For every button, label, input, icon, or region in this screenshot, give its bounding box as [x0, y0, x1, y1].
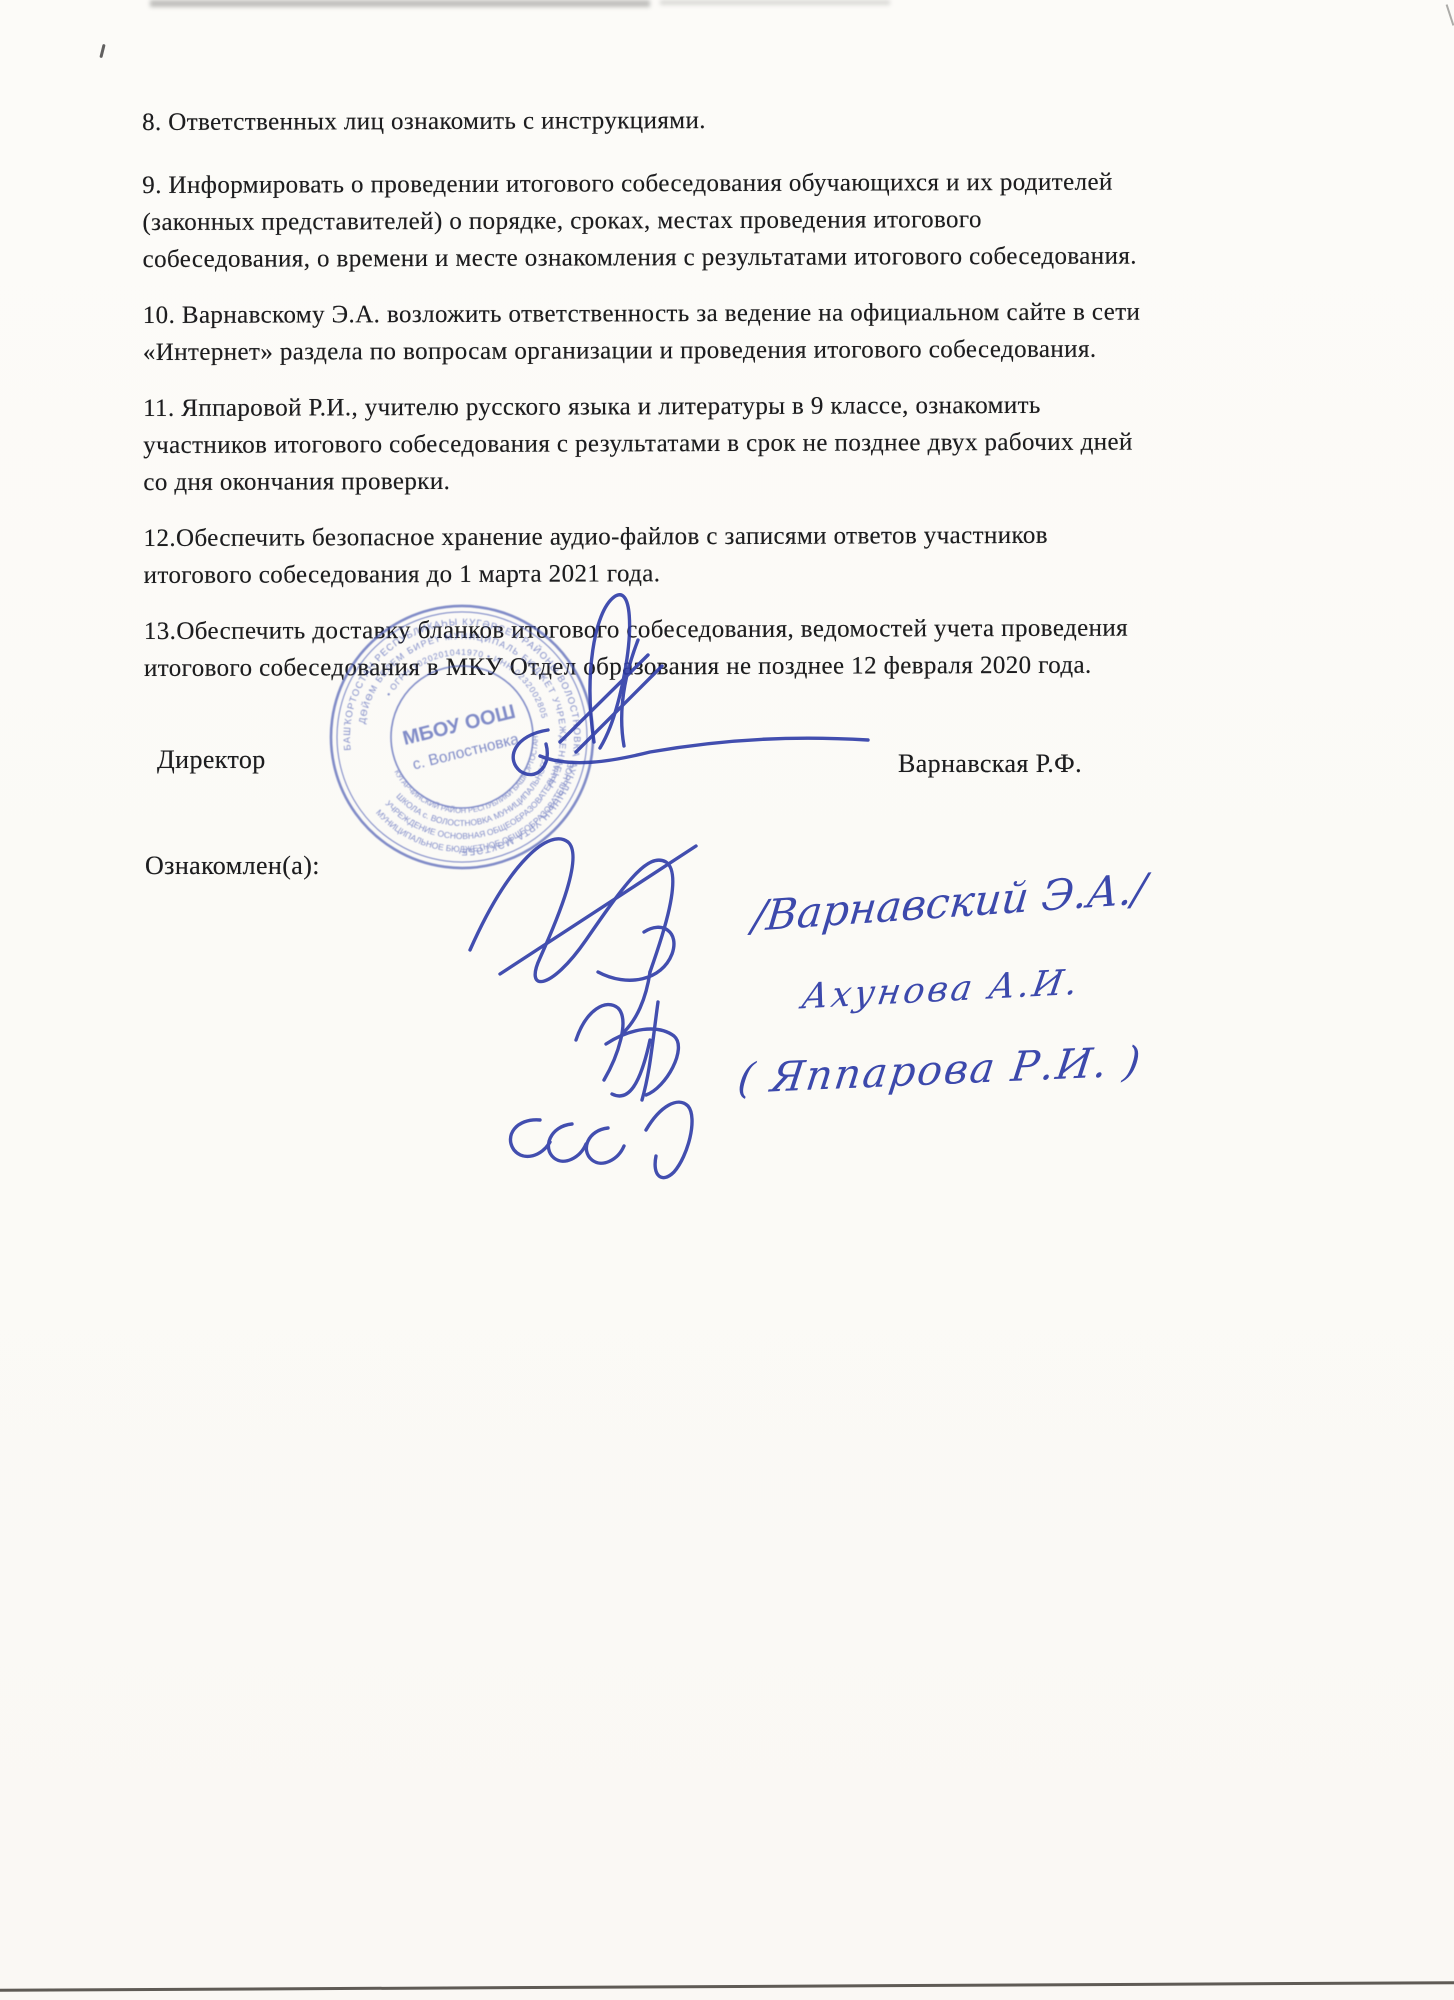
text-line: 8. Ответственных лиц ознакомить с инстру…	[142, 100, 1342, 141]
director-name: Варнавская Р.Ф.	[898, 749, 1082, 779]
scan-smudge-top-right	[660, 0, 890, 5]
scan-smudge-top	[150, 0, 650, 7]
text-line: 11. Яппаровой Р.И., учителю русского язы…	[143, 386, 1343, 427]
acknowledged-signature-1	[470, 839, 696, 1032]
paragraph-9: 9. Информировать о проведении итогового …	[142, 163, 1342, 278]
scan-corner-mark	[1446, 4, 1454, 26]
director-label: Директор	[157, 745, 266, 775]
director-signature-scribble	[513, 595, 868, 775]
text-line: 9. Информировать о проведении итогового …	[142, 163, 1342, 204]
text-line: 10. Варнавскому Э.А. возложить ответстве…	[143, 293, 1343, 334]
text-line: участников итогового собеседования с рез…	[143, 423, 1343, 464]
acknowledged-signature-2	[576, 1002, 678, 1100]
paragraph-8: 8. Ответственных лиц ознакомить с инстру…	[142, 100, 1342, 141]
scan-bottom-edge-line	[0, 1981, 1454, 1991]
acknowledged-label: Ознакомлен(а):	[145, 851, 320, 881]
text-line: собеседования, о времени и месте ознаком…	[142, 237, 1342, 278]
scan-tick-mark	[99, 44, 105, 58]
text-line: (законных представителей) о порядке, сро…	[142, 200, 1342, 241]
paragraph-10: 10. Варнавскому Э.А. возложить ответстве…	[143, 293, 1343, 371]
text-line: «Интернет» раздела по вопросам организац…	[143, 330, 1343, 371]
ink-signatures-layer	[400, 480, 920, 1220]
scanned-document-page: 8. Ответственных лиц ознакомить с инстру…	[0, 0, 1454, 2000]
acknowledged-signature-3	[510, 1102, 692, 1177]
